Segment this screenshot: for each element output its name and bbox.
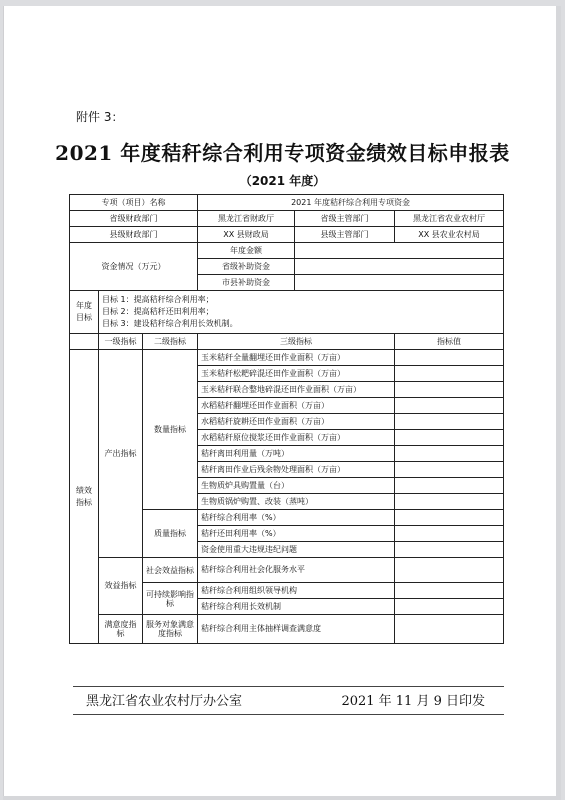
- indicator-value[interactable]: [395, 583, 504, 599]
- document-subtitle: （2021 年度）: [0, 172, 565, 189]
- quantity-indicators-label: 数量指标: [143, 350, 198, 510]
- indicator-value[interactable]: [395, 366, 504, 382]
- level2-header: 二级指标: [143, 334, 198, 350]
- indicator-name: 秸秆综合利用社会化服务水平: [198, 558, 395, 583]
- indicator-value[interactable]: [395, 542, 504, 558]
- funds-item-value[interactable]: [295, 243, 504, 259]
- funds-label: 资金情况（万元）: [70, 243, 198, 291]
- provincial-finance-label: 省级财政部门: [70, 211, 198, 227]
- indicator-row: 效益指标 社会效益指标 秸秆综合利用社会化服务水平: [70, 558, 504, 583]
- indicator-value[interactable]: [395, 462, 504, 478]
- funds-item-label: 市县补助资金: [198, 275, 295, 291]
- provincial-authority-label: 省级主管部门: [295, 211, 395, 227]
- footer-issuer: 黑龙江省农业农村厅办公室: [86, 690, 242, 709]
- indicator-name: 水稻秸秆原位搅浆还田作业面积（万亩）: [198, 430, 395, 446]
- indicator-value[interactable]: [395, 558, 504, 583]
- indicator-name: 水稻秸秆旋耕还田作业面积（万亩）: [198, 414, 395, 430]
- indicator-header-row: 一级指标 二级指标 三级指标 指标值: [70, 334, 504, 350]
- indicator-name: 秸秆综合利用率（%）: [198, 510, 395, 526]
- annual-goals-label: 年度目标: [70, 291, 99, 334]
- funds-item-label: 省级补助资金: [198, 259, 295, 275]
- indicator-value[interactable]: [395, 350, 504, 366]
- funds-row-annual: 资金情况（万元） 年度金额: [70, 243, 504, 259]
- social-benefit-label: 社会效益指标: [143, 558, 198, 583]
- footer-date: 2021 年 11 月 9 日印发: [341, 690, 485, 709]
- indicator-name: 资金使用重大违规违纪问题: [198, 542, 395, 558]
- indicator-name: 秸秆综合利用主体抽样调查满意度: [198, 615, 395, 644]
- provincial-dept-row: 省级财政部门 黑龙江省财政厅 省级主管部门 黑龙江省农业农村厅: [70, 211, 504, 227]
- page-shadow-right: [556, 6, 561, 798]
- footer-bottom-rule: [73, 714, 504, 715]
- indicator-value[interactable]: [395, 446, 504, 462]
- indicator-value[interactable]: [395, 414, 504, 430]
- sustainable-impact-label: 可持续影响指标: [143, 583, 198, 615]
- annual-goals-list: 目标 1：提高秸秆综合利用率； 目标 2：提高秸秆还田利用率； 目标 3：建设秸…: [99, 291, 504, 334]
- annual-goal-item: 目标 3：建设秸秆综合利用长效机制。: [102, 318, 500, 330]
- indicator-value[interactable]: [395, 478, 504, 494]
- level1-header: 一级指标: [99, 334, 143, 350]
- indicator-name: 秸秆综合利用组织领导机构: [198, 583, 395, 599]
- indicator-name: 秸秆还田利用率（%）: [198, 526, 395, 542]
- indicator-name: 秸秆综合利用长效机制: [198, 599, 395, 615]
- performance-goal-form-table: 专项（项目）名称 2021 年度秸秆综合利用专项资金 省级财政部门 黑龙江省财政…: [69, 194, 504, 644]
- level3-header: 三级指标: [198, 334, 395, 350]
- service-satisfaction-label: 服务对象满意度指标: [143, 615, 198, 644]
- indicator-name: 玉米秸秆松耙碎混还田作业面积（万亩）: [198, 366, 395, 382]
- annual-goals-row: 年度目标 目标 1：提高秸秆综合利用率； 目标 2：提高秸秆还田利用率； 目标 …: [70, 291, 504, 334]
- indicator-name: 水稻秸秆翻埋还田作业面积（万亩）: [198, 398, 395, 414]
- indicator-value[interactable]: [395, 599, 504, 615]
- funds-item-value[interactable]: [295, 259, 504, 275]
- indicator-value[interactable]: [395, 382, 504, 398]
- indicator-name: 生物质炉具购置量（台）: [198, 478, 395, 494]
- indicator-name: 玉米秸秆全量翻埋还田作业面积（万亩）: [198, 350, 395, 366]
- output-indicators-label: 产出指标: [99, 350, 143, 558]
- annual-goal-item: 目标 2：提高秸秆还田利用率；: [102, 306, 500, 318]
- page-shadow-bottom: [3, 796, 561, 800]
- indicator-value[interactable]: [395, 510, 504, 526]
- funds-item-value[interactable]: [295, 275, 504, 291]
- indicator-value[interactable]: [395, 615, 504, 644]
- provincial-authority-value: 黑龙江省农业农村厅: [395, 211, 504, 227]
- indicator-name: 生物质锅炉购置、改装（蒸吨）: [198, 494, 395, 510]
- benefit-indicators-label: 效益指标: [99, 558, 143, 615]
- indicator-name: 玉米秸秆联合整地碎混还田作业面积（万亩）: [198, 382, 395, 398]
- indicator-value[interactable]: [395, 526, 504, 542]
- indicator-row: 满意度指标 服务对象满意度指标 秸秆综合利用主体抽样调查满意度: [70, 615, 504, 644]
- county-finance-value: XX 县财政局: [198, 227, 295, 243]
- attachment-label: 附件 3：: [76, 108, 123, 125]
- footer-top-rule: [73, 686, 504, 687]
- indicator-value-header: 指标值: [395, 334, 504, 350]
- funds-item-label: 年度金额: [198, 243, 295, 259]
- performance-indicators-label: 绩效指标: [70, 350, 99, 644]
- county-authority-value: XX 县农业农村局: [395, 227, 504, 243]
- satisfaction-indicators-label: 满意度指标: [99, 615, 143, 644]
- indicator-value[interactable]: [395, 494, 504, 510]
- project-name-value: 2021 年度秸秆综合利用专项资金: [198, 195, 504, 211]
- quality-indicators-label: 质量指标: [143, 510, 198, 558]
- county-finance-label: 县级财政部门: [70, 227, 198, 243]
- county-authority-label: 县级主管部门: [295, 227, 395, 243]
- indicator-name: 秸秆离田作业后残余物处理面积（万亩）: [198, 462, 395, 478]
- indicator-value[interactable]: [395, 430, 504, 446]
- project-name-label: 专项（项目）名称: [70, 195, 198, 211]
- county-dept-row: 县级财政部门 XX 县财政局 县级主管部门 XX 县农业农村局: [70, 227, 504, 243]
- indicator-row: 绩效指标 产出指标 数量指标 玉米秸秆全量翻埋还田作业面积（万亩）: [70, 350, 504, 366]
- project-name-row: 专项（项目）名称 2021 年度秸秆综合利用专项资金: [70, 195, 504, 211]
- indicator-value[interactable]: [395, 398, 504, 414]
- blank-header-cell: [70, 334, 99, 350]
- indicator-name: 秸秆离田利用量（万吨）: [198, 446, 395, 462]
- annual-goal-item: 目标 1：提高秸秆综合利用率；: [102, 294, 500, 306]
- document-title: 2021 年度秸秆综合利用专项资金绩效目标申报表: [0, 137, 565, 166]
- provincial-finance-value: 黑龙江省财政厅: [198, 211, 295, 227]
